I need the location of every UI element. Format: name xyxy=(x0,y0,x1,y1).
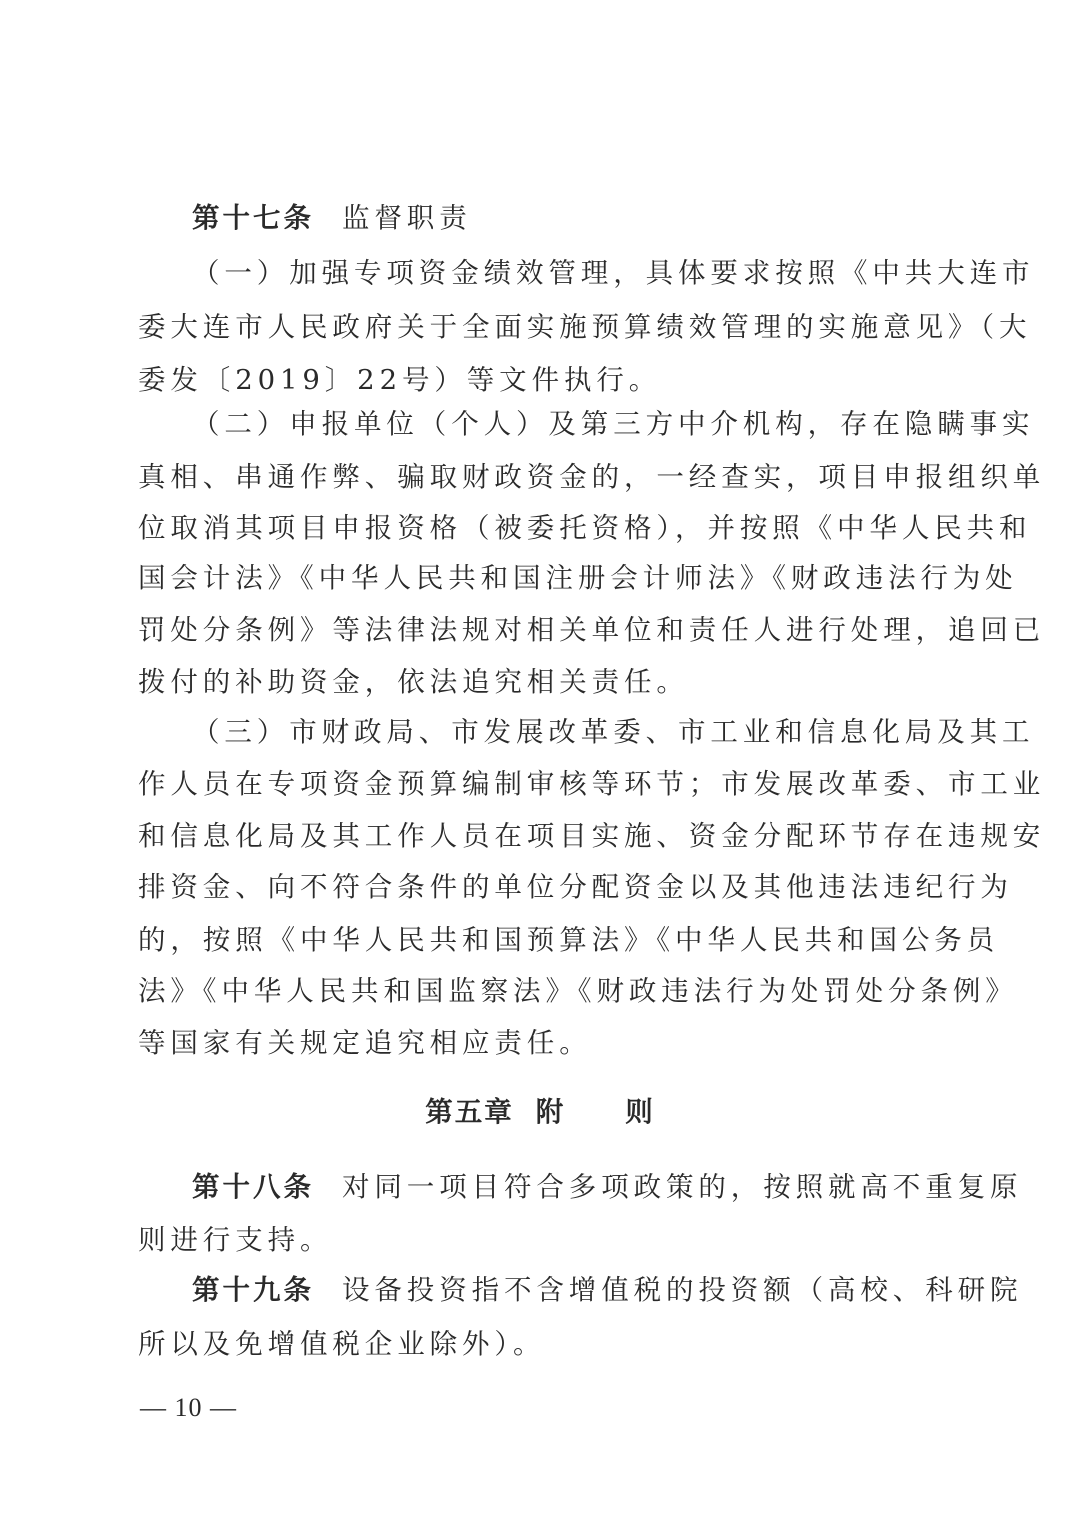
chapter-5-label: 第五章 xyxy=(425,1096,514,1128)
article-17-number: 第十七条 xyxy=(192,202,314,234)
chapter-5-heading: 第五章附则 xyxy=(0,1096,1080,1128)
article-17-para-2-line-4: 国会计法》《中华人民共和国注册会计师法》《财政违法行为处 xyxy=(138,562,938,594)
article-17-para-3-line-4: 排资金、向不符合条件的单位分配资金以及其他违法违纪行为 xyxy=(138,871,938,903)
article-17-heading-line: 第十七条监督职责 xyxy=(192,202,938,234)
chapter-5-title-a: 附 xyxy=(536,1096,566,1128)
article-17-para-2-line-3: 位取消其项目申报资格（被委托资格），并按照《中华人民共和 xyxy=(138,512,938,544)
article-17-para-1-line-2: 委大连市人民政府关于全面实施预算绩效管理的实施意见》（大 xyxy=(138,311,938,343)
article-17-para-3-line-6: 法》《中华人民共和国监察法》《财政违法行为处罚处分条例》 xyxy=(138,975,938,1007)
article-17-para-3-line-2: 作人员在专项资金预算编制审核等环节；市发展改革委、市工业 xyxy=(138,768,938,800)
article-18-text-1: 对同一项目符合多项政策的，按照就高不重复原 xyxy=(342,1171,1022,1203)
article-17-para-3-line-1: （三）市财政局、市发展改革委、市工业和信息化局及其工 xyxy=(192,716,938,748)
chapter-5-title-b: 则 xyxy=(625,1096,655,1128)
article-17-para-3-line-3: 和信息化局及其工作人员在项目实施、资金分配环节存在违规安 xyxy=(138,820,938,852)
article-17-title: 监督职责 xyxy=(342,202,472,234)
document-page: 第十七条监督职责 （一）加强专项资金绩效管理，具体要求按照《中共大连市 委大连市… xyxy=(0,0,1080,1526)
article-19-text-1: 设备投资指不含增值税的投资额（高校、科研院 xyxy=(342,1274,1022,1306)
article-18-line-1: 第十八条对同一项目符合多项政策的，按照就高不重复原 xyxy=(192,1171,938,1203)
article-17-para-2-line-5: 罚处分条例》等法律法规对相关单位和责任人进行处理，追回已 xyxy=(138,614,938,646)
article-17-para-1-line-3: 委发〔2019〕22号）等文件执行。 xyxy=(138,364,938,396)
article-17-para-2-line-2: 真相、串通作弊、骗取财政资金的，一经查实，项目申报组织单 xyxy=(138,461,938,493)
article-18-number: 第十八条 xyxy=(192,1171,314,1203)
article-17-para-3-line-5: 的，按照《中华人民共和国预算法》《中华人民共和国公务员 xyxy=(138,924,938,956)
page-number: — 10 — xyxy=(140,1392,237,1424)
article-19-line-2: 所以及免增值税企业除外）。 xyxy=(138,1328,938,1360)
article-17-para-1-line-1: （一）加强专项资金绩效管理，具体要求按照《中共大连市 xyxy=(192,257,938,289)
article-19-line-1: 第十九条设备投资指不含增值税的投资额（高校、科研院 xyxy=(192,1274,938,1306)
article-19-number: 第十九条 xyxy=(192,1274,314,1306)
article-17-para-2-line-1: （二）申报单位（个人）及第三方中介机构，存在隐瞒事实 xyxy=(192,408,938,440)
article-17-para-3-line-7: 等国家有关规定追究相应责任。 xyxy=(138,1027,938,1059)
article-17-para-2-line-6: 拨付的补助资金，依法追究相关责任。 xyxy=(138,666,938,698)
article-18-line-2: 则进行支持。 xyxy=(138,1224,938,1256)
